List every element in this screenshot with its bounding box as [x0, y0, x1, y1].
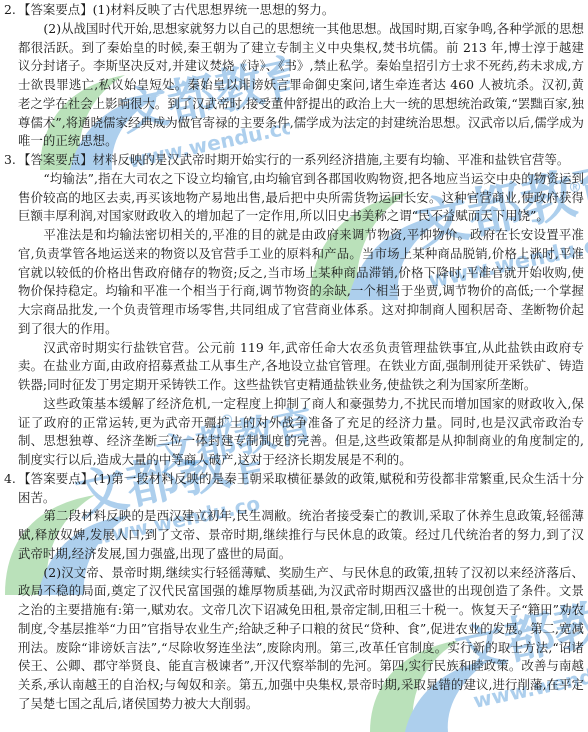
answer-paragraph: 第二段材料反映的是西汉建立初年,民生凋敝。统治者接受秦亡的教训,采取了休养生息政… [18, 507, 584, 563]
answer-sheet-page: 文都教育 www.wendu.com 文都教育 ® www.wendu.com … [0, 0, 588, 732]
answer-item-2: 2.【答案要点】(1)材料反映了古代思想界统一思想的努力。 (2)从战国时代开始… [4, 1, 584, 151]
answer-paragraph: 汉武帝时期实行盐铁官营。公元前 119 年,武帝任命大农丞负责管理盐铁事宜,从此… [18, 339, 584, 395]
answer-key-points: 【答案要点】材料反映的是汉武帝时期开始实行的一系列经济措施,主要有均输、平准和盐… [18, 152, 569, 167]
answer-item-head: 3.【答案要点】材料反映的是汉武帝时期开始实行的一系列经济措施,主要有均输、平准… [4, 151, 584, 170]
answer-item-head: 4.【答案要点】(1)第一段材料反映的是秦王朝采取横征暴敛的政策,赋税和劳役都非… [4, 470, 584, 508]
answer-paragraph: (2)从战国时代开始,思想家就努力以自己的思想统一其他思想。战国时期,百家争鸣,… [18, 20, 584, 151]
answer-item-head: 2.【答案要点】(1)材料反映了古代思想界统一思想的努力。 [4, 1, 584, 20]
answer-item-number: 4. [4, 470, 18, 489]
answer-item-4: 4.【答案要点】(1)第一段材料反映的是秦王朝采取横征暴敛的政策,赋税和劳役都非… [4, 470, 584, 714]
answer-content: 2.【答案要点】(1)材料反映了古代思想界统一思想的努力。 (2)从战国时代开始… [4, 1, 584, 714]
answer-key-points: 【答案要点】(1)第一段材料反映的是秦王朝采取横征暴敛的政策,赋税和劳役都非常繁… [18, 471, 584, 505]
answer-paragraph: “均输法”,指在大司农之下设立均输官,由均输官到各郡国收购物资,把各地应当运交中… [18, 170, 584, 226]
answer-paragraph: 平准法是和均输法密切相关的,平准的目的就是由政府来调节物资,平抑物价。政府在长安… [18, 226, 584, 339]
answer-item-number: 3. [4, 151, 18, 170]
answer-item-number: 2. [4, 1, 18, 20]
answer-paragraph: 这些政策基本缓解了经济危机,一定程度上抑制了商人和豪强势力,不扰民而增加国家的财… [18, 395, 584, 470]
answer-paragraph: (2)汉文帝、景帝时期,继续实行轻徭薄赋、奖励生产、与民休息的政策,扭转了汉初以… [18, 564, 584, 714]
answer-item-3: 3.【答案要点】材料反映的是汉武帝时期开始实行的一系列经济措施,主要有均输、平准… [4, 151, 584, 470]
answer-key-points: 【答案要点】(1)材料反映了古代思想界统一思想的努力。 [18, 2, 334, 17]
